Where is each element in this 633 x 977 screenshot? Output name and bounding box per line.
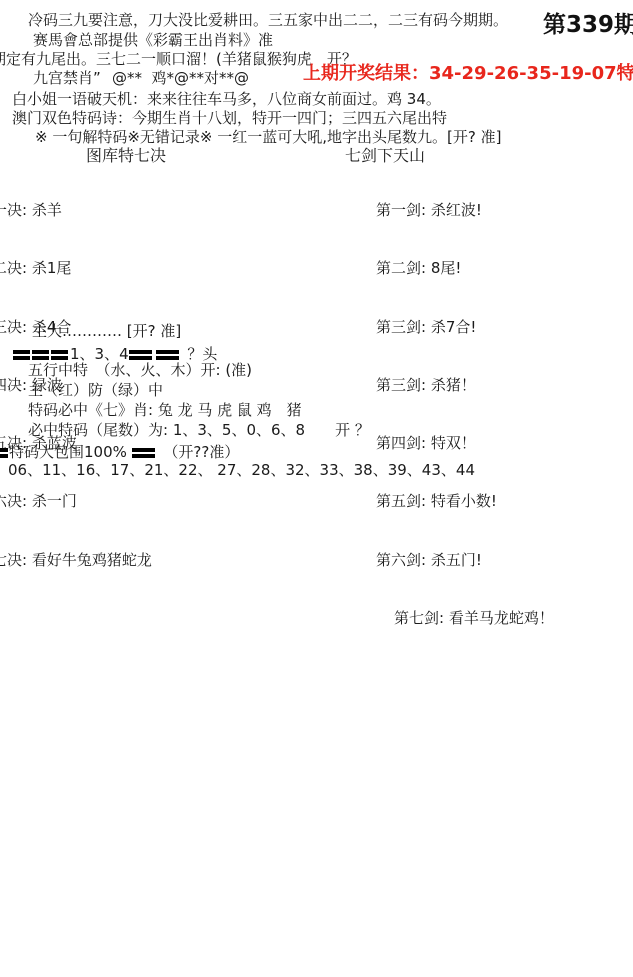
redaction-bar: [156, 350, 179, 360]
baowei-label: 特码大包围100%: [9, 443, 132, 461]
zhufang-line: 主（红）防（绿）中: [28, 381, 163, 400]
redaction-bar: [0, 448, 8, 458]
last-draw-result: 上期开奖结果：34-29-26-35-19-07特41: [303, 59, 633, 85]
qijian-item: 第六剑: 杀五门!: [376, 550, 554, 570]
jiuxiao-label: 九宫禁肖”: [33, 69, 101, 88]
redaction-bar: [129, 350, 152, 360]
tuku-item: 一决: 杀羊: [0, 200, 152, 220]
baowei-line: 特码大包围100% （开??准）: [0, 441, 239, 462]
issue-number: 第339期: [543, 6, 633, 39]
wuxing-line: 五行中特 （水、火、木）开: (准): [28, 361, 252, 380]
tuku-item: 六决: 杀一门: [0, 491, 152, 511]
weishu-line: 必中特码（尾数）为: 1、3、5、0、6、8 开 ？: [28, 421, 370, 440]
qijian-item: 第七剑: 看羊马龙蛇鸡！: [376, 608, 554, 628]
tuku-item: 七决: 看好牛兔鸡猪蛇龙: [0, 550, 152, 570]
verse-line-1: 冷码三九要注意，刀大没比爱耕田。三五家中出二二，二三有码今期期。: [28, 11, 508, 30]
tuku-item: 二决: 杀1尾: [0, 258, 152, 278]
lottery-tip-sheet: 冷码三九要注意，刀大没比爱耕田。三五家中出二二，二三有码今期期。 第339期 赛…: [0, 0, 633, 977]
redaction-bar: [13, 350, 30, 360]
qijian-item: 第五剑: 特看小数!: [376, 491, 554, 511]
redaction-bar: [32, 350, 49, 360]
jiuxiao-code: @** 鸡*@**对**@: [112, 69, 249, 88]
provider-line: 赛馬會总部提供《彩霸王出肖料》准: [33, 31, 273, 50]
baixiaojie-line: 白小姐一语破天机：来来往往车马多，八位商女前面过。鸡 34。: [12, 90, 441, 109]
qijian-item: 第三剑: 杀7合!: [376, 317, 554, 337]
qijian-list: 第一剑: 杀红波! 第二剑: 8尾! 第三剑: 杀7合! 第三剑: 杀猪！ 第四…: [376, 162, 554, 666]
qijian-item: 第四剑: 特双！: [376, 433, 554, 453]
qixiao-line: 特码必中《七》肖: 兔 龙 马 虎 鼠 鸡 猪: [28, 401, 302, 420]
aomen-poem-line: 澳门双色特码诗：今期生肖十八划，特开一四门；三四五六尾出特: [12, 109, 447, 128]
number-coverage-line: 06、11、16、17、21、22、 27、28、32、33、38、39、43、…: [8, 461, 475, 480]
baowei-result: （开??准）: [159, 443, 240, 461]
redaction-bar: [51, 350, 68, 360]
redaction-bar: [132, 448, 155, 458]
qijian-item: 第一剑: 杀红波!: [376, 200, 554, 220]
qijian-item: 第二剑: 8尾!: [376, 258, 554, 278]
qijian-item: 第三剑: 杀猪！: [376, 375, 554, 395]
zhuda-line: 主大………… [开? 准]: [32, 322, 181, 341]
